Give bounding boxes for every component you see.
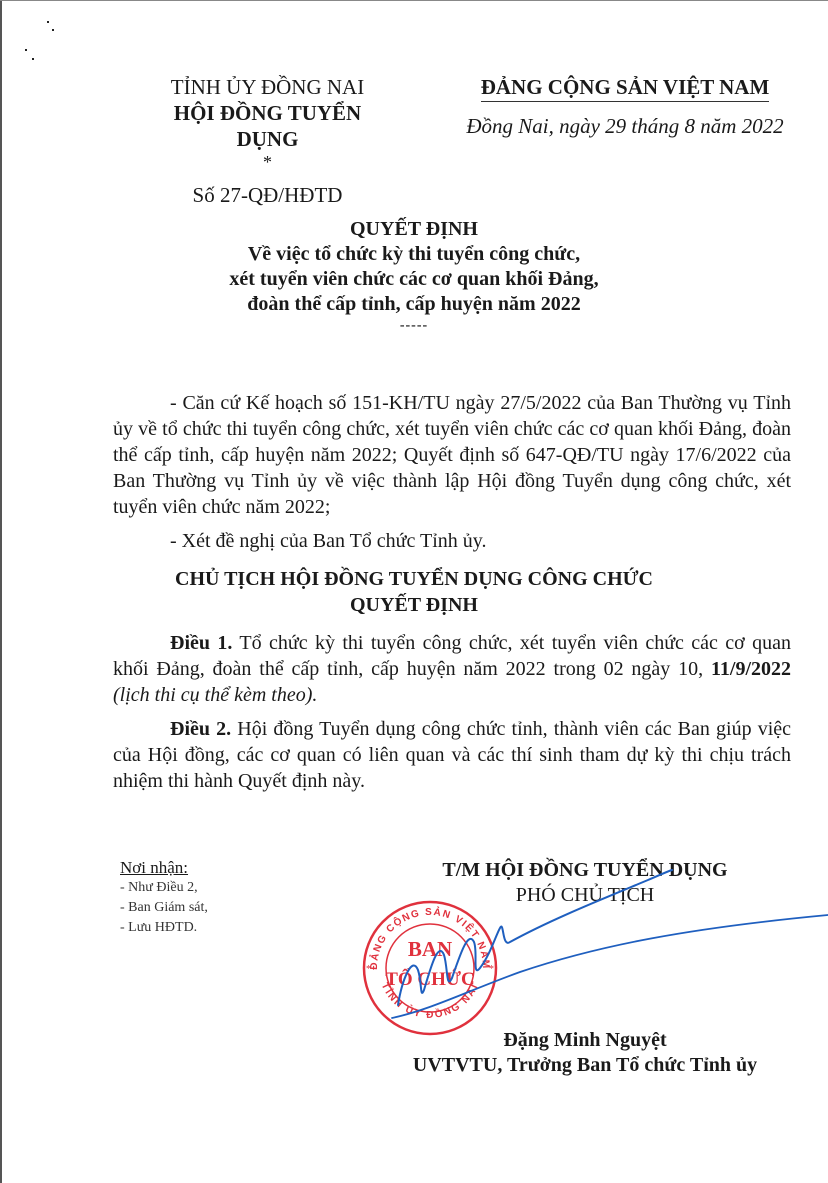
title-subject-line: Về việc tổ chức kỳ thi tuyển công chức, bbox=[0, 242, 828, 267]
scan-speck bbox=[47, 21, 49, 23]
signer-block: Đặng Minh Nguyệt UVTVTU, Trưởng Ban Tổ c… bbox=[380, 1028, 790, 1078]
title-main: QUYẾT ĐỊNH bbox=[0, 217, 828, 242]
article-date: 11/9/2022 bbox=[711, 658, 791, 680]
recipients-label: Nơi nhận: bbox=[120, 858, 208, 878]
article-note: (lịch thi cụ thể kèm theo). bbox=[113, 684, 317, 706]
council-name: HỘI ĐỒNG TUYỂN DỤNG bbox=[150, 100, 385, 152]
organization-name: TỈNH ỦY ĐỒNG NAI bbox=[150, 74, 385, 100]
preamble-basis: - Căn cứ Kế hoạch số 151-KH/TU ngày 27/5… bbox=[113, 390, 791, 520]
recipients-block: Nơi nhận: - Như Điều 2, - Ban Giám sát, … bbox=[120, 858, 208, 938]
scan-speck bbox=[25, 49, 27, 51]
scan-edge-top bbox=[0, 0, 828, 1]
title-subject-line: xét tuyển viên chức các cơ quan khối Đản… bbox=[0, 267, 828, 292]
separator-star: * bbox=[150, 152, 385, 172]
recipient-item: - Như Điều 2, bbox=[120, 878, 208, 898]
place-date: Đồng Nai, ngày 29 tháng 8 năm 2022 bbox=[460, 114, 790, 139]
document-number: Số 27-QĐ/HĐTD bbox=[150, 182, 385, 208]
recipient-item: - Lưu HĐTD. bbox=[120, 918, 208, 938]
recipient-item: - Ban Giám sát, bbox=[120, 898, 208, 918]
title-subject-line: đoàn thể cấp tỉnh, cấp huyện năm 2022 bbox=[0, 292, 828, 317]
signer-position: UVTVTU, Trưởng Ban Tổ chức Tỉnh ủy bbox=[380, 1053, 790, 1078]
preamble-proposal: - Xét đề nghị của Ban Tổ chức Tỉnh ủy. bbox=[113, 528, 791, 554]
issuing-authority: TỈNH ỦY ĐỒNG NAI HỘI ĐỒNG TUYỂN DỤNG * S… bbox=[150, 74, 385, 208]
national-header: ĐẢNG CỘNG SẢN VIỆT NAM Đồng Nai, ngày 29… bbox=[460, 74, 790, 139]
article-1: Điều 1. Tổ chức kỳ thi tuyển công chức, … bbox=[113, 630, 791, 708]
scan-speck bbox=[32, 58, 34, 60]
article-label: Điều 2. bbox=[170, 718, 231, 740]
decision-heading: CHỦ TỊCH HỘI ĐỒNG TUYỂN DỤNG CÔNG CHỨC Q… bbox=[0, 566, 828, 618]
document-page: TỈNH ỦY ĐỒNG NAI HỘI ĐỒNG TUYỂN DỤNG * S… bbox=[0, 0, 828, 1183]
signer-name: Đặng Minh Nguyệt bbox=[380, 1028, 790, 1053]
party-name: ĐẢNG CỘNG SẢN VIỆT NAM bbox=[481, 74, 770, 102]
document-title: QUYẾT ĐỊNH Về việc tổ chức kỳ thi tuyển … bbox=[0, 217, 828, 333]
scan-speck bbox=[52, 29, 54, 31]
article-label: Điều 1. bbox=[170, 632, 232, 654]
article-2: Điều 2. Hội đồng Tuyển dụng công chức tỉ… bbox=[113, 716, 791, 794]
decision-authority: CHỦ TỊCH HỘI ĐỒNG TUYỂN DỤNG CÔNG CHỨC bbox=[0, 566, 828, 592]
handwritten-signature-icon bbox=[360, 860, 828, 1050]
title-divider: ----- bbox=[0, 319, 828, 333]
decision-verb: QUYẾT ĐỊNH bbox=[0, 592, 828, 618]
